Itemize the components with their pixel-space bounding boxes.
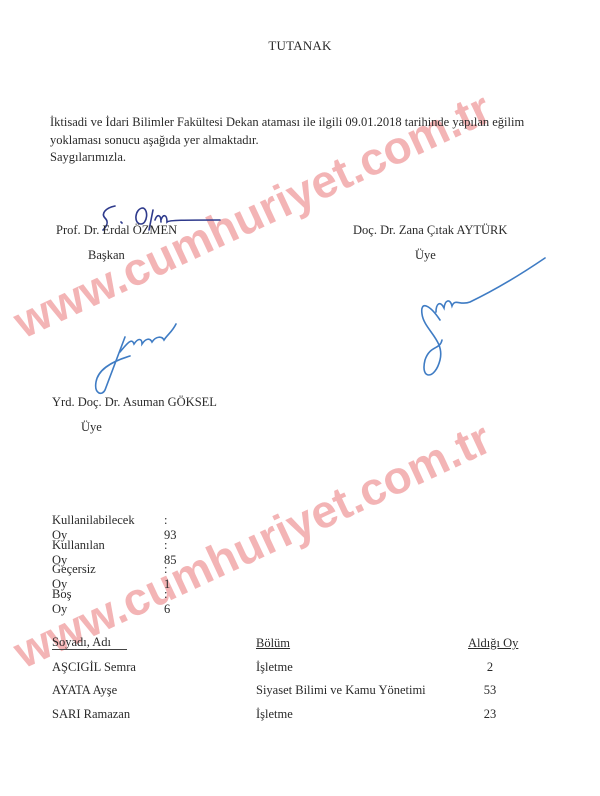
- candidate-votes: 53: [468, 683, 512, 698]
- candidate-votes: 2: [468, 660, 512, 675]
- signatory-role: Başkan: [88, 248, 125, 263]
- candidate-votes: 23: [468, 707, 512, 722]
- vote-summary-value: : 6: [164, 587, 170, 617]
- signature-ayturk: [400, 250, 550, 400]
- column-header-department: Bölüm: [256, 636, 290, 651]
- signature-goksel: [80, 312, 190, 397]
- table-row: AYATA Ayşe Siyaset Bilimi ve Kamu Yöneti…: [0, 683, 600, 707]
- signatory-name: Doç. Dr. Zana Çıtak AYTÜRK: [353, 223, 507, 238]
- results-table: Soyadı, Adı Bölüm Aldığı Oy AŞCIGİL Semr…: [0, 636, 600, 730]
- candidate-department: Siyaset Bilimi ve Kamu Yönetimi: [256, 683, 426, 698]
- candidate-department: İşletme: [256, 707, 293, 722]
- candidate-name: AYATA Ayşe: [52, 683, 117, 698]
- intro-paragraph: İktisadi ve İdari Bilimler Fakültesi Dek…: [50, 113, 560, 149]
- table-row: SARI Ramazan İşletme 23: [0, 707, 600, 731]
- column-header-name: Soyadı, Adı: [52, 636, 127, 650]
- closing-line: Saygılarımızla.: [50, 150, 126, 165]
- candidate-name: AŞCIGİL Semra: [52, 660, 136, 675]
- signatory-role: Üye: [415, 248, 436, 263]
- table-row: AŞCIGİL Semra İşletme 2: [0, 660, 600, 684]
- signatory-role: Üye: [81, 420, 102, 435]
- signatory-name: Prof. Dr. Erdal ÖZMEN: [56, 223, 177, 238]
- document-title: TUTANAK: [0, 38, 600, 54]
- vote-summary-label: Boş Oy: [52, 587, 71, 617]
- candidate-department: İşletme: [256, 660, 293, 675]
- signatory-name: Yrd. Doç. Dr. Asuman GÖKSEL: [52, 395, 217, 410]
- candidate-name: SARI Ramazan: [52, 707, 130, 722]
- column-header-votes: Aldığı Oy: [468, 636, 518, 651]
- table-header-row: Soyadı, Adı Bölüm Aldığı Oy: [0, 636, 600, 660]
